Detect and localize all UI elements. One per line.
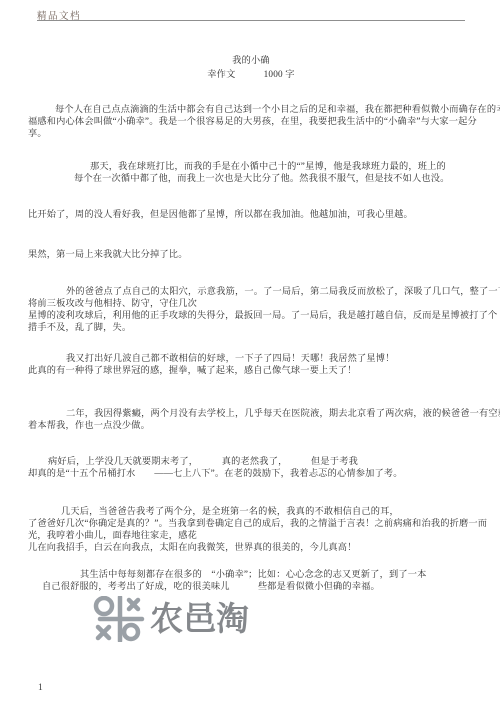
paragraph-3: 比开始了，周的没人看好我，但是因他都了星博，所以都在我加油。他越加油，可我心里越… (28, 208, 474, 220)
text-line: 着本帮我，作也一点没少做。 (28, 419, 474, 431)
text-line: 星博的凌利攻球后，利用他的正手攻球的失得分，最扳回一局。了一局后，我是越打越自信… (28, 309, 474, 321)
text-line: 二年，我因得紫癜，两个月没有去学校上，几乎每天在医院液，期去北京看了两次病，液的… (28, 407, 474, 419)
paragraph-2: 那天，我在球班打比，而我的手是在小循中己十的“”星博，他是我球班力最的，班上的 … (28, 160, 474, 184)
text-line: 光，我哼着小曲儿，面春地往家走，感花 (28, 529, 474, 541)
page-header: 精品文档 (37, 6, 465, 25)
text-line: 每个人在自己点点滴滴的生活中都会有自己达到一个小目之后的足和幸福，我在都把种看似… (28, 103, 474, 115)
essay-title: 我的小确 (28, 54, 474, 66)
text-line: 享。 (28, 127, 474, 139)
text-line: 我又打出好几波自己都不敢相信的好球，一下子了四局！天哪！我居然了星博！ (28, 352, 474, 364)
brand-logo-icon (93, 596, 145, 642)
paragraph-5: 外的爸爸点了点自己的太阳穴，示意我筋，一。了一局后，第二局我反而放松了，深吸了几… (28, 285, 474, 333)
paragraph-1: 每个人在自己点点滴滴的生活中都会有自己达到一个小目之后的足和幸福，我在都把种看似… (28, 103, 474, 139)
paragraph-9: 几天后，当爸爸告我考了两个分，是全班第一名的候，我真的不敢相信自己的耳， 了爸爸… (28, 505, 474, 553)
text-line: 儿在向我招手，白云在向我点，太阳在向我微笑，世界真的很美的，今儿真高！ (28, 541, 474, 553)
text-line: 措手不及，乱了脚，失。 (28, 321, 474, 333)
text-line: 自己很舒服的，考考出了好成，吃的很美味儿 些都是看似微小但确的幸福。 (28, 580, 474, 592)
text-line: 那天，我在球班打比，而我的手是在小循中己十的“”星博，他是我球班力最的，班上的 (28, 160, 474, 172)
text-line: 将前三板攻改与他相持、防守，守住几次 (28, 297, 474, 309)
header-label: 精品文档 (37, 8, 81, 25)
essay-subtitle: 幸作文 1000 字 (28, 68, 474, 80)
paragraph-4: 果然，第一局上来我就大比分掉了比。 (28, 248, 474, 260)
text-line: 外的爸爸点了点自己的太阳穴，示意我筋，一。了一局后，第二局我反而放松了，深吸了几… (28, 285, 474, 297)
document-page: 精品文档 我的小确 幸作文 1000 字 每个人在自己点点滴滴的生活中都会有自己… (0, 0, 500, 707)
document-content: 我的小确 幸作文 1000 字 每个人在自己点点滴滴的生活中都会有自己达到一个小… (28, 52, 474, 592)
paragraph-10: 其生活中每每刻都存在很多的 “小确幸”；比如：心心念念的志又更新了，到了一本 自… (28, 568, 474, 592)
text-line: 此真的有一种得了球世界冠的感，握拳，喊了起来，感自己像气球一要上天了！ (28, 364, 474, 376)
paragraph-6: 我又打出好几波自己都不敢相信的好球，一下子了四局！天哪！我居然了星博！ 此真的有… (28, 352, 474, 376)
text-line: 其生活中每每刻都存在很多的 “小确幸”；比如：心心念念的志又更新了，到了一本 (28, 568, 474, 580)
watermark: 农邑淘 (93, 596, 249, 642)
text-line: 了爸爸好几次“你确定是真的？”。当我拿到卷确定自己的成后，我的之情溢于言表！之前… (28, 517, 474, 529)
text-line: 病好后，上学没几天就要期末考了， 真的老然我了， 但是于考我 (28, 455, 474, 467)
text-line: 却真的是“十五个吊桶打水 ——七上八下”。在老的鼓励下，我着忐忑的心情参加了考。 (28, 467, 474, 479)
text-line: 果然，第一局上来我就大比分掉了比。 (28, 248, 474, 260)
paragraph-8: 病好后，上学没几天就要期末考了， 真的老然我了， 但是于考我 却真的是“十五个吊… (28, 455, 474, 479)
text-line: 福感和内心体会叫做“小确幸”。我是一个很容易足的大男孩，在里，我要把我生活中的“… (28, 115, 474, 127)
text-line: 几天后，当爸爸告我考了两个分，是全班第一名的候，我真的不敢相信自己的耳， (28, 505, 474, 517)
header-rule (37, 20, 465, 21)
brand-name: 农邑淘 (150, 596, 249, 642)
text-line: 每个在一次循中都了他，而我上一次也是大比分了他。然我很不服气，但是技不如人也没。 (28, 172, 474, 184)
text-line: 比开始了，周的没人看好我，但是因他都了星博，所以都在我加油。他越加油，可我心里越… (28, 208, 474, 220)
title-block: 我的小确 幸作文 1000 字 (28, 54, 474, 80)
paragraph-7: 二年，我因得紫癜，两个月没有去学校上，几乎每天在医院液，期去北京看了两次病，液的… (28, 407, 474, 431)
page-number: 1 (38, 683, 43, 693)
